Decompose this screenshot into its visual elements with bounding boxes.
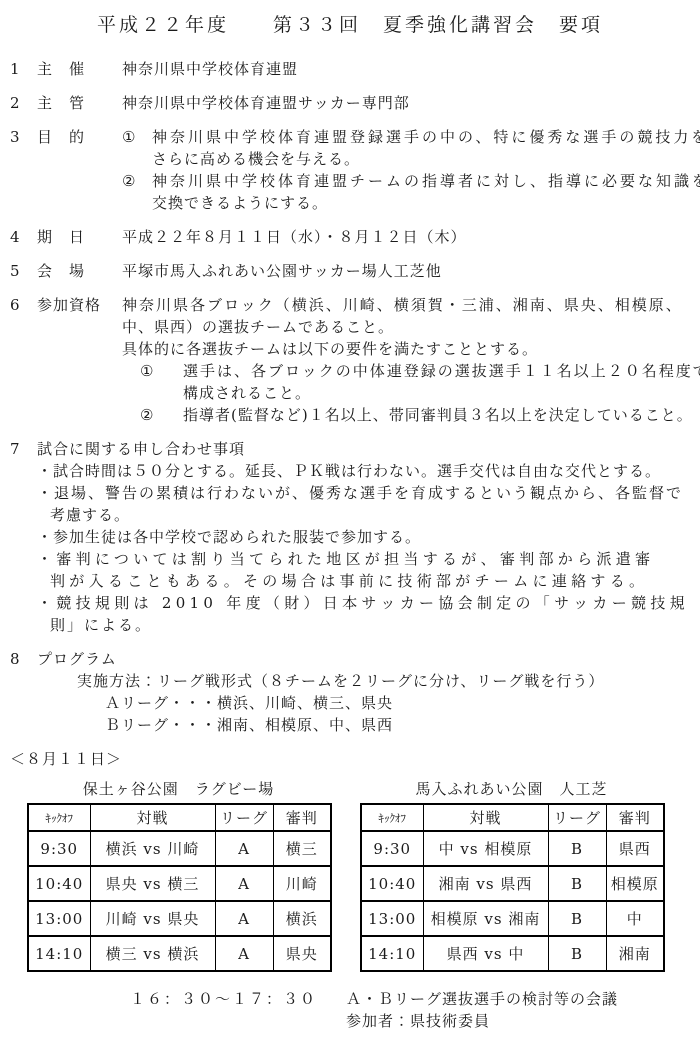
kickoff-header: ｷｯｸｵﾌ bbox=[28, 804, 90, 831]
item-content: ① 神奈川県中学校体育連盟登録選手の中の、特に優秀な選手の競技力を さらに高める… bbox=[122, 126, 700, 214]
item-match-rules: 7 試合に関する申し合わせ事項 ・試合時間は５０分とする。延長、ＰＫ戦は行わない… bbox=[0, 438, 700, 636]
circled-number-icon: ① bbox=[140, 360, 183, 404]
item-content: 平成２２年８月１１日（水）・８月１２日（木） bbox=[122, 226, 700, 248]
item-label: 参加資格 bbox=[37, 294, 122, 316]
rule-line: ・退場、警告の累積は行わないが、優秀な選手を育成するという観点から、各監督で bbox=[37, 482, 700, 504]
league-a-members: Ａリーグ・・・横浜、川崎、横三、県央 bbox=[37, 692, 700, 714]
kickoff-cell: 9:30 bbox=[28, 831, 90, 866]
league-cell: A bbox=[215, 901, 273, 936]
purpose-sub-2: ② 神奈川県中学校体育連盟チームの指導者に対し、指導に必要な知識を 交換できるよ… bbox=[122, 170, 700, 214]
text-line: 神奈川県中学校体育連盟登録選手の中の、特に優秀な選手の競技力を bbox=[152, 126, 700, 148]
rule-line: ・審判については割り当てられた地区が担当するが、審判部から派遣審 bbox=[37, 548, 700, 570]
item-number: 7 bbox=[0, 438, 37, 460]
administrator-text: 神奈川県中学校体育連盟サッカー専門部 bbox=[122, 92, 700, 114]
match-header: 対戦 bbox=[423, 804, 548, 831]
kickoff-header: ｷｯｸｵﾌ bbox=[361, 804, 423, 831]
organizer-text: 神奈川県中学校体育連盟 bbox=[122, 58, 700, 80]
purpose-sub-2-text: 神奈川県中学校体育連盟チームの指導者に対し、指導に必要な知識を 交換できるように… bbox=[152, 170, 700, 214]
referee-cell: 横浜 bbox=[273, 901, 331, 936]
item-organizer: 1 主 催 神奈川県中学校体育連盟 bbox=[0, 58, 700, 80]
circled-number-icon: ② bbox=[122, 170, 152, 214]
document-page: 平成２２年度 第３３回 夏季強化講習会 要項 1 主 催 神奈川県中学校体育連盟… bbox=[0, 0, 700, 1032]
referee-cell: 県西 bbox=[606, 831, 664, 866]
rule-line: 則」による。 bbox=[37, 614, 700, 636]
table-row: 14:10 県西 vs 中 B 湘南 bbox=[361, 936, 664, 971]
date-heading: ＜８月１１日＞ bbox=[0, 748, 700, 770]
item-number: 2 bbox=[0, 92, 37, 114]
schedule-section: 保土ヶ谷公園 ラグビー場 ｷｯｸｵﾌ 対戦 リーグ 審判 9:30 横浜 vs … bbox=[0, 778, 700, 972]
item-number: 8 bbox=[0, 648, 37, 670]
referee-cell: 相模原 bbox=[606, 866, 664, 901]
referee-cell: 川崎 bbox=[273, 866, 331, 901]
league-cell: B bbox=[548, 831, 606, 866]
rule-line: 考慮する。 bbox=[37, 504, 700, 526]
table-row: 9:30 横浜 vs 川崎 A 横三 bbox=[28, 831, 331, 866]
item-label: 主 催 bbox=[37, 58, 122, 80]
item-number: 5 bbox=[0, 260, 37, 282]
match-cell: 中 vs 相模原 bbox=[423, 831, 548, 866]
referee-cell: 県央 bbox=[273, 936, 331, 971]
kickoff-cell: 13:00 bbox=[28, 901, 90, 936]
meeting-line-2: 参加者：県技術委員 bbox=[0, 1010, 700, 1032]
match-cell: 川崎 vs 県央 bbox=[90, 901, 215, 936]
item-label: 期 日 bbox=[37, 226, 122, 248]
item-label: 会 場 bbox=[37, 260, 122, 282]
referee-cell: 横三 bbox=[273, 831, 331, 866]
text-line: 指導者(監督など)１名以上、帯同審判員３名以上を決定していること。 bbox=[183, 404, 693, 426]
table-row: 13:00 相模原 vs 湘南 B 中 bbox=[361, 901, 664, 936]
kickoff-cell: 14:10 bbox=[28, 936, 90, 971]
meeting-participants: 参加者：県技術委員 bbox=[346, 1012, 490, 1030]
match-table-right: ｷｯｸｵﾌ 対戦 リーグ 審判 9:30 中 vs 相模原 B 県西 10:40… bbox=[360, 803, 665, 972]
league-b-members: Ｂリーグ・・・湘南、相模原、中、県西 bbox=[37, 714, 700, 736]
league-cell: B bbox=[548, 936, 606, 971]
kickoff-cell: 14:10 bbox=[361, 936, 423, 971]
rule-line: ・競技規則は 2010 年度（財）日本サッカー協会制定の「サッカー競技規 bbox=[37, 592, 700, 614]
eligibility-sub-1-text: 選手は、各ブロックの中体連登録の選抜選手１１名以上２０名程度で 構成されること。 bbox=[183, 360, 700, 404]
meeting-description: Ａ・Ｂリーグ選抜選手の検討等の会議 bbox=[346, 990, 618, 1008]
purpose-sub-1: ① 神奈川県中学校体育連盟登録選手の中の、特に優秀な選手の競技力を さらに高める… bbox=[122, 126, 700, 170]
league-header: リーグ bbox=[215, 804, 273, 831]
referee-cell: 湘南 bbox=[606, 936, 664, 971]
item-content: 平塚市馬入ふれあい公園サッカー場人工芝他 bbox=[122, 260, 700, 282]
table-row: 13:00 川崎 vs 県央 A 横浜 bbox=[28, 901, 331, 936]
item-number: 3 bbox=[0, 126, 37, 148]
item-label: 主 管 bbox=[37, 92, 122, 114]
league-cell: B bbox=[548, 866, 606, 901]
match-cell: 横三 vs 横浜 bbox=[90, 936, 215, 971]
match-table-left: ｷｯｸｵﾌ 対戦 リーグ 審判 9:30 横浜 vs 川崎 A 横三 10:40… bbox=[27, 803, 332, 972]
item-program: 8 プログラム 実施方法：リーグ戦形式（８チームを２リーグに分け、リーグ戦を行う… bbox=[0, 648, 700, 736]
item-content: 試合に関する申し合わせ事項 ・試合時間は５０分とする。延長、ＰＫ戦は行わない。選… bbox=[37, 438, 700, 636]
item-number: 4 bbox=[0, 226, 37, 248]
program-heading: プログラム bbox=[37, 648, 700, 670]
text-line: 神奈川県各ブロック（横浜、川崎、横須賀・三浦、湘南、県央、相模原、 bbox=[122, 294, 700, 316]
text-line: 交換できるようにする。 bbox=[152, 192, 700, 214]
program-format: 実施方法：リーグ戦形式（８チームを２リーグに分け、リーグ戦を行う） bbox=[37, 670, 700, 692]
table-row: 10:40 湘南 vs 県西 B 相模原 bbox=[361, 866, 664, 901]
league-cell: B bbox=[548, 901, 606, 936]
kickoff-cell: 10:40 bbox=[28, 866, 90, 901]
match-cell: 県西 vs 中 bbox=[423, 936, 548, 971]
item-content: プログラム 実施方法：リーグ戦形式（８チームを２リーグに分け、リーグ戦を行う） … bbox=[37, 648, 700, 736]
meeting-note: １６：３０～１７：３０ Ａ・Ｂリーグ選抜選手の検討等の会議 参加者：県技術委員 bbox=[0, 988, 700, 1032]
kickoff-cell: 13:00 bbox=[361, 901, 423, 936]
item-content: 神奈川県各ブロック（横浜、川崎、横須賀・三浦、湘南、県央、相模原、 中、県西）の… bbox=[122, 294, 700, 426]
item-content: 神奈川県中学校体育連盟 bbox=[122, 58, 700, 80]
kickoff-cell: 9:30 bbox=[361, 831, 423, 866]
kickoff-cell: 10:40 bbox=[361, 866, 423, 901]
rule-line: ・参加生徒は各中学校で認められた服装で参加する。 bbox=[37, 526, 700, 548]
table-row: 9:30 中 vs 相模原 B 県西 bbox=[361, 831, 664, 866]
item-label: 目 的 bbox=[37, 126, 122, 148]
text-line: 神奈川県中学校体育連盟チームの指導者に対し、指導に必要な知識を bbox=[152, 170, 700, 192]
match-cell: 湘南 vs 県西 bbox=[423, 866, 548, 901]
schedule-banyu: 馬入ふれあい公園 人工芝 ｷｯｸｵﾌ 対戦 リーグ 審判 9:30 中 vs 相… bbox=[360, 778, 663, 972]
league-cell: A bbox=[215, 866, 273, 901]
item-venue: 5 会 場 平塚市馬入ふれあい公園サッカー場人工芝他 bbox=[0, 260, 700, 282]
referee-header: 審判 bbox=[606, 804, 664, 831]
text-line: 構成されること。 bbox=[183, 382, 700, 404]
item-administrator: 2 主 管 神奈川県中学校体育連盟サッカー専門部 bbox=[0, 92, 700, 114]
item-number: 6 bbox=[0, 294, 37, 316]
league-cell: A bbox=[215, 831, 273, 866]
schedule-hodogaya: 保土ヶ谷公園 ラグビー場 ｷｯｸｵﾌ 対戦 リーグ 審判 9:30 横浜 vs … bbox=[27, 778, 330, 972]
item-eligibility: 6 参加資格 神奈川県各ブロック（横浜、川崎、横須賀・三浦、湘南、県央、相模原、… bbox=[0, 294, 700, 426]
text-line: 中、県西）の選抜チームであること。 bbox=[122, 316, 700, 338]
item-purpose: 3 目 的 ① 神奈川県中学校体育連盟登録選手の中の、特に優秀な選手の競技力を … bbox=[0, 126, 700, 214]
table-header-row: ｷｯｸｵﾌ 対戦 リーグ 審判 bbox=[361, 804, 664, 831]
eligibility-sub-2: ② 指導者(監督など)１名以上、帯同審判員３名以上を決定していること。 bbox=[122, 404, 700, 426]
table-header-row: ｷｯｸｵﾌ 対戦 リーグ 審判 bbox=[28, 804, 331, 831]
match-cell: 横浜 vs 川崎 bbox=[90, 831, 215, 866]
venue-caption-right: 馬入ふれあい公園 人工芝 bbox=[360, 778, 663, 800]
item-content: 神奈川県中学校体育連盟サッカー専門部 bbox=[122, 92, 700, 114]
meeting-line-1: １６：３０～１７：３０ Ａ・Ｂリーグ選抜選手の検討等の会議 bbox=[0, 988, 700, 1010]
circled-number-icon: ① bbox=[122, 126, 152, 170]
eligibility-sub-1: ① 選手は、各ブロックの中体連登録の選抜選手１１名以上２０名程度で 構成されるこ… bbox=[122, 360, 700, 404]
text-line: 具体的に各選抜チームは以下の要件を満たすこととする。 bbox=[122, 338, 700, 360]
match-header: 対戦 bbox=[90, 804, 215, 831]
dates-text: 平成２２年８月１１日（水）・８月１２日（木） bbox=[122, 226, 700, 248]
match-cell: 相模原 vs 湘南 bbox=[423, 901, 548, 936]
item-dates: 4 期 日 平成２２年８月１１日（水）・８月１２日（木） bbox=[0, 226, 700, 248]
league-cell: A bbox=[215, 936, 273, 971]
referee-cell: 中 bbox=[606, 901, 664, 936]
match-cell: 県央 vs 横三 bbox=[90, 866, 215, 901]
purpose-sub-1-text: 神奈川県中学校体育連盟登録選手の中の、特に優秀な選手の競技力を さらに高める機会… bbox=[152, 126, 700, 170]
rule-line: ・試合時間は５０分とする。延長、ＰＫ戦は行わない。選手交代は自由な交代とする。 bbox=[37, 460, 700, 482]
venue-text: 平塚市馬入ふれあい公園サッカー場人工芝他 bbox=[122, 260, 700, 282]
page-title: 平成２２年度 第３３回 夏季強化講習会 要項 bbox=[0, 12, 700, 38]
meeting-time: １６：３０～１７：３０ bbox=[130, 988, 317, 1010]
league-header: リーグ bbox=[548, 804, 606, 831]
rule-line: 判が入ることもある。その場合は事前に技術部がチームに連絡する。 bbox=[37, 570, 700, 592]
table-row: 14:10 横三 vs 横浜 A 県央 bbox=[28, 936, 331, 971]
circled-number-icon: ② bbox=[140, 404, 183, 426]
referee-header: 審判 bbox=[273, 804, 331, 831]
text-line: さらに高める機会を与える。 bbox=[152, 148, 700, 170]
match-rules-heading: 試合に関する申し合わせ事項 bbox=[37, 438, 700, 460]
table-row: 10:40 県央 vs 横三 A 川崎 bbox=[28, 866, 331, 901]
item-number: 1 bbox=[0, 58, 37, 80]
text-line: 選手は、各ブロックの中体連登録の選抜選手１１名以上２０名程度で bbox=[183, 360, 700, 382]
venue-caption-left: 保土ヶ谷公園 ラグビー場 bbox=[27, 778, 330, 800]
eligibility-sub-2-text: 指導者(監督など)１名以上、帯同審判員３名以上を決定していること。 bbox=[183, 404, 693, 426]
